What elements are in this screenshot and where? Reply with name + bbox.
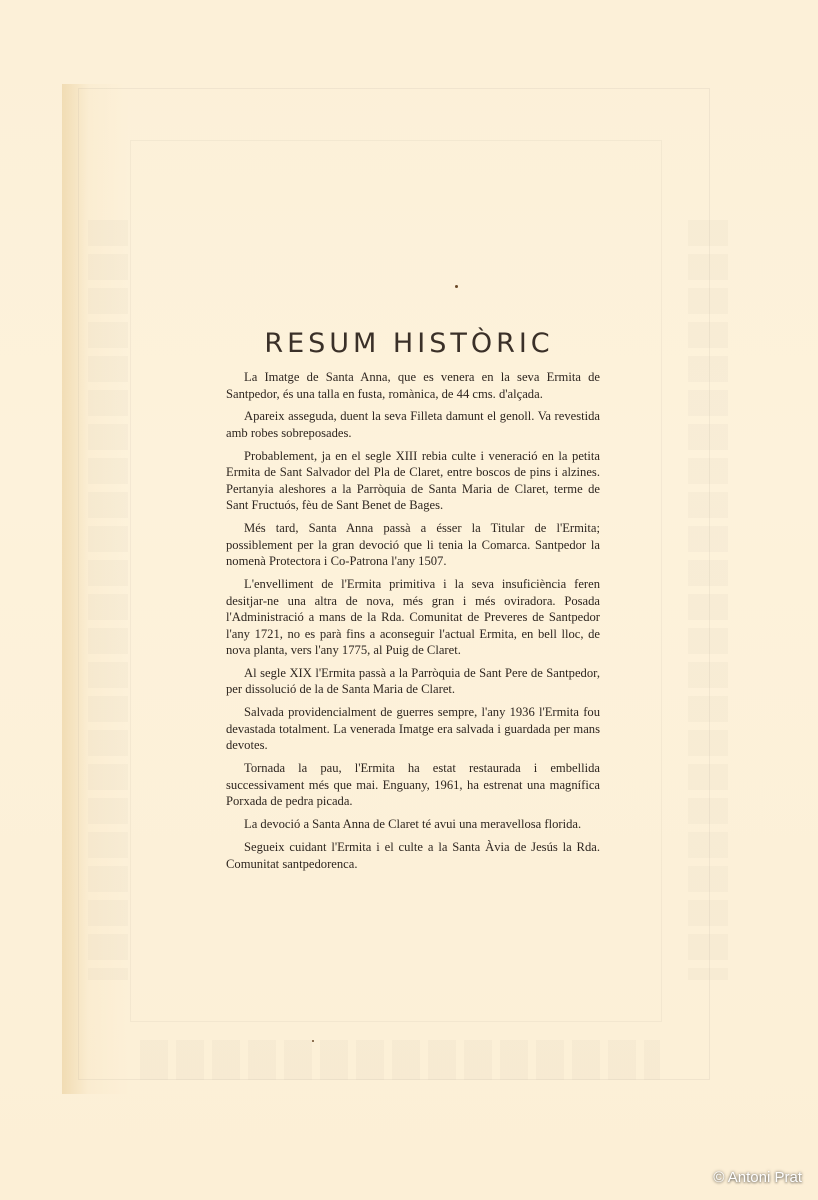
show-through-bottom-border bbox=[140, 1040, 660, 1080]
paragraph: Segueix cuidant l'Ermita i el culte a la… bbox=[226, 839, 600, 872]
scanned-page: RESUM HISTÒRIC La Imatge de Santa Anna, … bbox=[0, 0, 818, 1200]
paragraph: La devoció a Santa Anna de Claret té avu… bbox=[226, 816, 600, 833]
paragraph: Salvada providencialment de guerres semp… bbox=[226, 704, 600, 754]
paragraph: Apareix asseguda, duent la seva Filleta … bbox=[226, 408, 600, 441]
paragraph: Més tard, Santa Anna passà a ésser la Ti… bbox=[226, 520, 600, 570]
paragraph: Tornada la pau, l'Ermita ha estat restau… bbox=[226, 760, 600, 810]
ink-speck bbox=[312, 1040, 314, 1042]
paragraph: Al segle XIX l'Ermita passà a la Parròqu… bbox=[226, 665, 600, 698]
page-title: RESUM HISTÒRIC bbox=[0, 328, 818, 359]
paragraph: La Imatge de Santa Anna, que es venera e… bbox=[226, 369, 600, 402]
paragraph: L'envelliment de l'Ermita primitiva i la… bbox=[226, 576, 600, 659]
document-body: La Imatge de Santa Anna, que es venera e… bbox=[226, 369, 600, 878]
copyright-watermark: © Antoni Prat bbox=[713, 1169, 802, 1186]
paragraph: Probablement, ja en el segle XIII rebia … bbox=[226, 448, 600, 514]
ink-speck bbox=[455, 285, 458, 288]
